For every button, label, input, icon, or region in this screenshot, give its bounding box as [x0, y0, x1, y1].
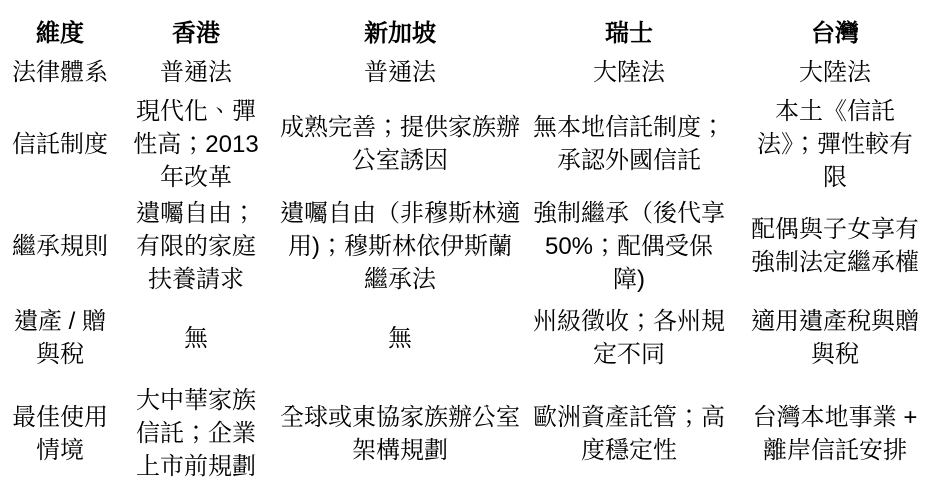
table-row-trust-regime: 信託制度 現代化、彈 性高；2013 年改革 成熟完善；提供家族辦 公室誘因 無… [0, 92, 940, 196]
table-cell: 本土《信託 法》；彈性較有 限 [730, 92, 940, 196]
row-label-trust-regime: 信託制度 [0, 92, 120, 196]
table-cell: 全球或東協家族辦公室 架構規劃 [272, 380, 528, 487]
table-cell: 大陸法 [730, 52, 940, 92]
table-cell: 大中華家族 信託；企業 上市前規劃 [120, 380, 272, 487]
table-cell: 無 [272, 296, 528, 380]
column-header-dimension: 維度 [0, 14, 120, 52]
table-cell: 成熟完善；提供家族辦 公室誘因 [272, 92, 528, 196]
table-row-estate-gift-tax: 遺產 / 贈 與稅 無 無 州級徵收；各州規 定不同 適用遺產稅與贈 與稅 [0, 296, 940, 380]
table-cell: 現代化、彈 性高；2013 年改革 [120, 92, 272, 196]
jurisdiction-comparison-table: 維度 香港 新加坡 瑞士 台灣 法律體系 普通法 普通法 大陸法 大陸法 信託制… [0, 0, 940, 487]
column-header-taiwan: 台灣 [730, 14, 940, 52]
column-header-singapore: 新加坡 [272, 14, 528, 52]
table-cell: 無 [120, 296, 272, 380]
column-header-switzerland: 瑞士 [528, 14, 730, 52]
row-label-estate-gift-tax: 遺產 / 贈 與稅 [0, 296, 120, 380]
table-cell: 大陸法 [528, 52, 730, 92]
table-cell: 歐洲資產託管；高 度穩定性 [528, 380, 730, 487]
row-label-best-use-case: 最佳使用 情境 [0, 380, 120, 487]
header-row: 維度 香港 新加坡 瑞士 台灣 [0, 0, 940, 52]
table-row-best-use-case: 最佳使用 情境 大中華家族 信託；企業 上市前規劃 全球或東協家族辦公室 架構規… [0, 380, 940, 487]
table-cell: 台灣本地事業 + 離岸信託安排 [730, 380, 940, 487]
table-row-legal-system: 法律體系 普通法 普通法 大陸法 大陸法 [0, 52, 940, 92]
table-cell: 無本地信託制度； 承認外國信託 [528, 92, 730, 196]
table-row-succession-rules: 繼承規則 遺囑自由； 有限的家庭 扶養請求 遺囑自由（非穆斯林適 用)；穆斯林依… [0, 196, 940, 296]
table-cell: 遺囑自由； 有限的家庭 扶養請求 [120, 196, 272, 296]
table-cell: 遺囑自由（非穆斯林適 用)；穆斯林依伊斯蘭 繼承法 [272, 196, 528, 296]
table-cell: 州級徵收；各州規 定不同 [528, 296, 730, 380]
table-cell: 適用遺產稅與贈 與稅 [730, 296, 940, 380]
row-label-succession-rules: 繼承規則 [0, 196, 120, 296]
column-header-hongkong: 香港 [120, 14, 272, 52]
table-cell: 普通法 [272, 52, 528, 92]
table-cell: 普通法 [120, 52, 272, 92]
table-cell: 配偶與子女享有 強制法定繼承權 [730, 196, 940, 296]
row-label-legal-system: 法律體系 [0, 52, 120, 92]
table-cell: 強制繼承（後代享 50%；配偶受保 障) [528, 196, 730, 296]
